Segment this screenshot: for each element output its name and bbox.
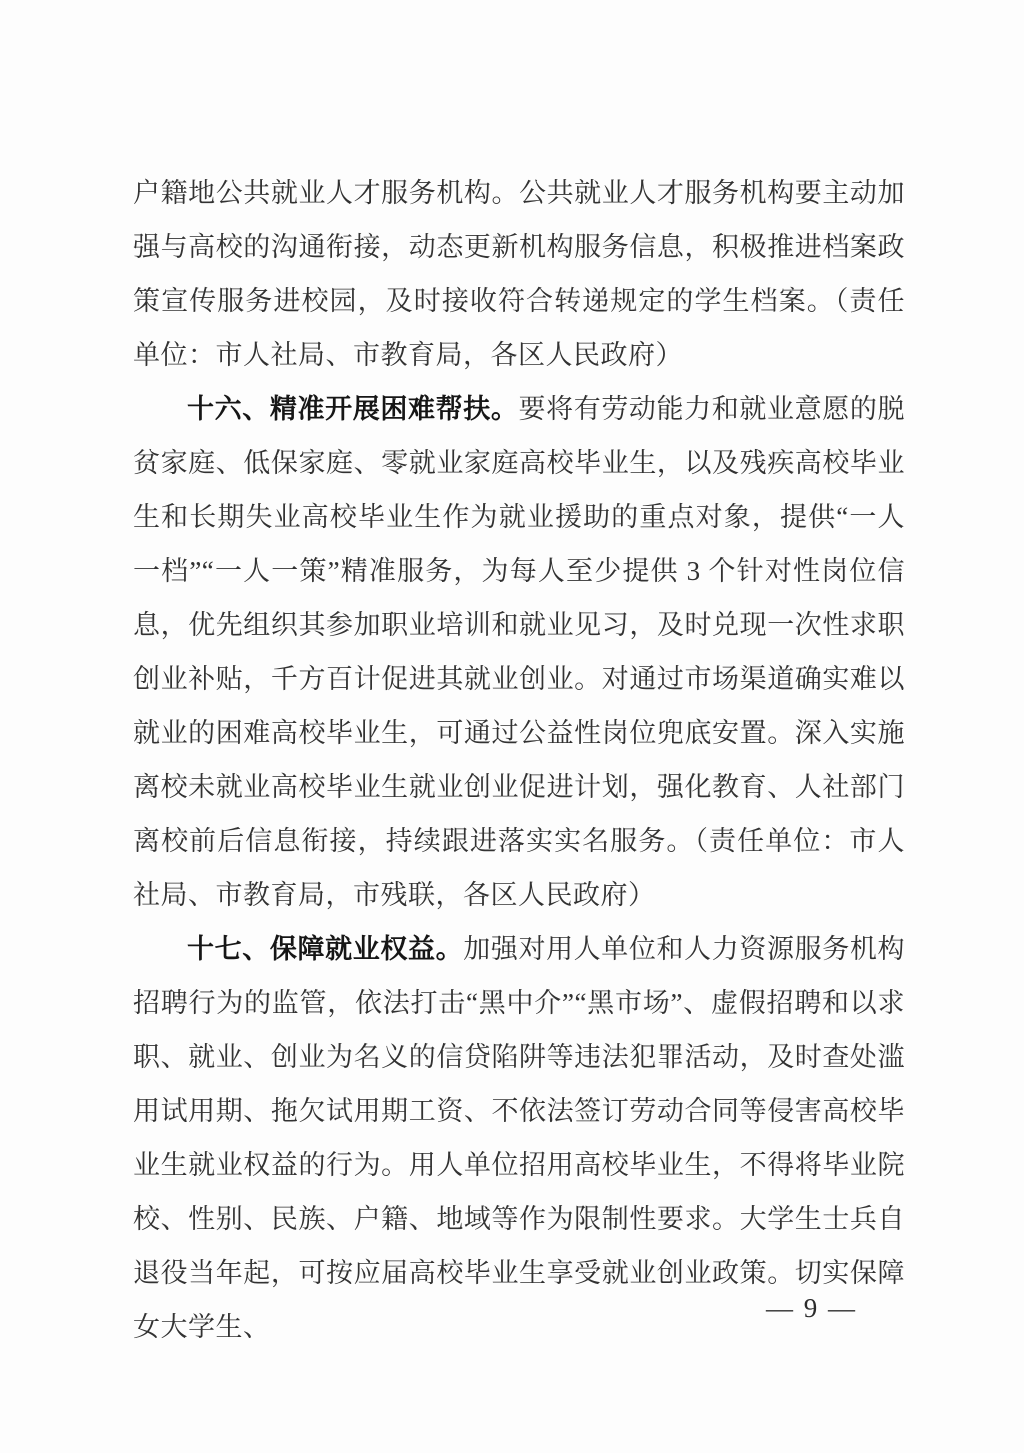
paragraph-text: 要将有劳动能力和就业意愿的脱贫家庭、低保家庭、零就业家庭高校毕业生，以及残疾高校… [133, 394, 905, 910]
paragraph-text: 加强对用人单位和人力资源服务机构招聘行为的监管，依法打击“黑中介”“黑市场”、虚… [133, 934, 905, 1342]
paragraph: 户籍地公共就业人才服务机构。公共就业人才服务机构要主动加强与高校的沟通衔接，动态… [133, 166, 905, 382]
document-page: 户籍地公共就业人才服务机构。公共就业人才服务机构要主动加强与高校的沟通衔接，动态… [0, 0, 1024, 1453]
paragraph-text: 户籍地公共就业人才服务机构。公共就业人才服务机构要主动加强与高校的沟通衔接，动态… [133, 178, 905, 370]
document-body: 户籍地公共就业人才服务机构。公共就业人才服务机构要主动加强与高校的沟通衔接，动态… [133, 166, 905, 1354]
paragraph: 十七、保障就业权益。加强对用人单位和人力资源服务机构招聘行为的监管，依法打击“黑… [133, 922, 905, 1354]
section-heading: 十六、精准开展困难帮扶。 [187, 394, 518, 424]
paragraph: 十六、精准开展困难帮扶。要将有劳动能力和就业意愿的脱贫家庭、低保家庭、零就业家庭… [133, 382, 905, 922]
page-number: — 9 — [766, 1291, 857, 1325]
section-heading: 十七、保障就业权益。 [187, 934, 463, 964]
